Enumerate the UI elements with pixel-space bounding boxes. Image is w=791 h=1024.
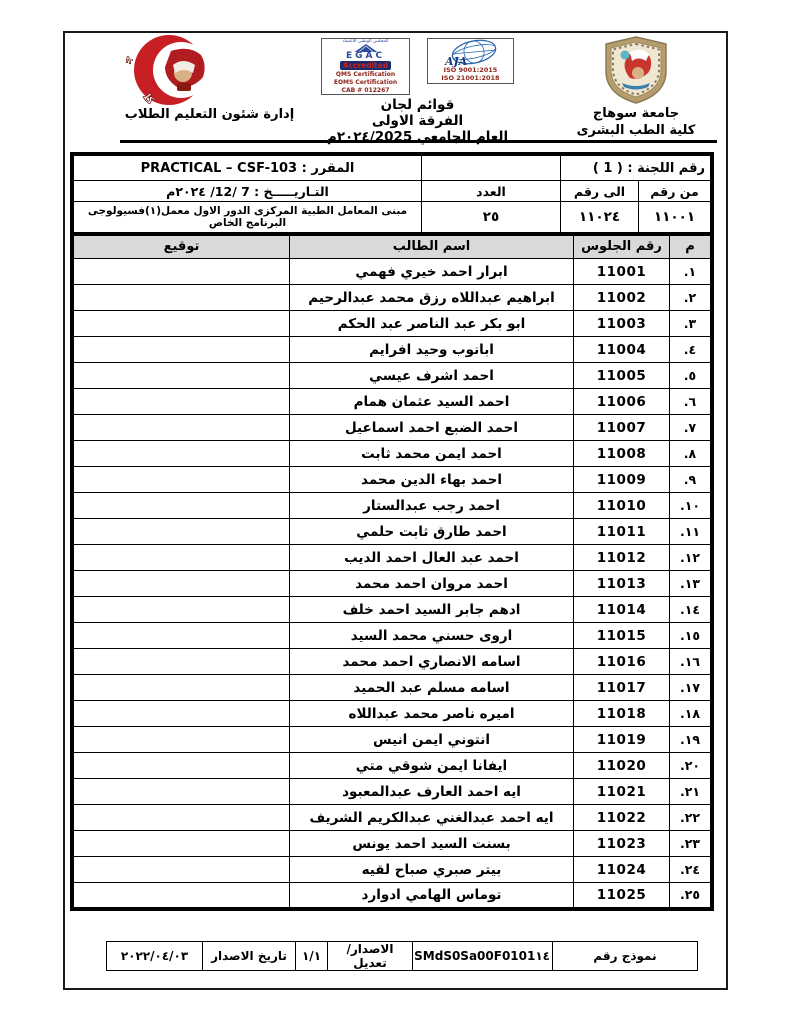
table-row: .٨ 11008 احمد ايمن محمد ثابت <box>73 441 712 467</box>
row-signature-cell <box>73 285 290 311</box>
row-signature-cell <box>73 441 290 467</box>
row-seat-number: 11025 <box>574 883 670 909</box>
to-number-header: الى رقم <box>561 181 639 202</box>
row-student-name: احمد بهاء الدين محمد <box>290 467 574 493</box>
from-number-value: ١١٠٠١ <box>639 202 712 233</box>
egac-accreditation-logo: المجلس الوطني للاعتماد EGAC Accredited Q… <box>321 38 410 95</box>
committee-table-block: رقم اللجنة : ( 1 ) المقرر : PRACTICAL – … <box>70 152 714 911</box>
crescent-icon: جامعة سوهاج كلية الطب <box>113 31 239 109</box>
students-table-header-row: م رقم الجلوس اسم الطالب توقيع <box>73 235 712 259</box>
row-serial: .١٥ <box>670 623 712 649</box>
row-seat-number: 11021 <box>574 779 670 805</box>
row-signature-cell <box>73 883 290 909</box>
row-signature-cell <box>73 831 290 857</box>
svg-text:جامعة سوهاج: جامعة سوهاج <box>113 31 134 65</box>
row-signature-cell <box>73 649 290 675</box>
row-serial: .١٦ <box>670 649 712 675</box>
row-serial: .١٤ <box>670 597 712 623</box>
table-row: .٥ 11005 احمد اشرف عيسي <box>73 363 712 389</box>
form-number-value: SMdS0Sa00F0101١٤ <box>413 942 553 971</box>
committee-number-label: رقم اللجنة : ( 1 ) <box>561 155 712 181</box>
row-signature-cell <box>73 675 290 701</box>
row-serial: .١٠ <box>670 493 712 519</box>
table-row: .٩ 11009 احمد بهاء الدين محمد <box>73 467 712 493</box>
table-row: .٢ 11002 ابراهيم عبداللاه رزق محمد عبدال… <box>73 285 712 311</box>
aja-iso-line-2: ISO 21001:2018 <box>441 75 499 83</box>
egac-accredited-badge: Accredited <box>340 61 391 70</box>
row-seat-number: 11015 <box>574 623 670 649</box>
row-student-name: ادهم جابر السيد احمد خلف <box>290 597 574 623</box>
row-seat-number: 11010 <box>574 493 670 519</box>
table-row: .١١ 11011 احمد طارق ثابت حلمي <box>73 519 712 545</box>
table-row: .٤ 11004 ابانوب وحيد افرايم <box>73 337 712 363</box>
table-row: .٢٤ 11024 بيتر صبري صباح لقيه <box>73 857 712 883</box>
row-seat-number: 11002 <box>574 285 670 311</box>
row-seat-number: 11011 <box>574 519 670 545</box>
document-header: جامعة سوهاج كلية الطب إدارة شئون التعليم… <box>65 33 726 143</box>
university-block: جامعة سوهاج كلية الطب البشرى <box>570 35 702 140</box>
row-signature-cell <box>73 467 290 493</box>
row-student-name: اسامه الانصاري احمد محمد <box>290 649 574 675</box>
row-serial: .٢١ <box>670 779 712 805</box>
row-signature-cell <box>73 597 290 623</box>
row-signature-cell <box>73 623 290 649</box>
row-signature-cell <box>73 857 290 883</box>
row-signature-cell <box>73 805 290 831</box>
row-signature-cell <box>73 311 290 337</box>
row-seat-number: 11024 <box>574 857 670 883</box>
row-seat-number: 11003 <box>574 311 670 337</box>
count-header: العدد <box>422 181 561 202</box>
header-divider-rule <box>120 140 717 143</box>
issue-date-label: تاريخ الاصدار <box>203 942 296 971</box>
table-row: .١ 11001 ابرار احمد خيري فهمي <box>73 259 712 285</box>
row-student-name: احمد ايمن محمد ثابت <box>290 441 574 467</box>
row-seat-number: 11017 <box>574 675 670 701</box>
course-label: المقرر : PRACTICAL – CSF-103 <box>73 155 422 181</box>
row-seat-number: 11023 <box>574 831 670 857</box>
row-student-name: احمد اشرف عيسي <box>290 363 574 389</box>
row-student-name: توماس الهامي ادوارد <box>290 883 574 909</box>
egac-cert-line-2: EOMS Certification <box>334 79 397 86</box>
committee-info-table: رقم اللجنة : ( 1 ) المقرر : PRACTICAL – … <box>71 153 713 234</box>
table-row: .٦ 11006 احمد السيد عثمان همام <box>73 389 712 415</box>
row-student-name: بسنت السيد احمد يونس <box>290 831 574 857</box>
row-signature-cell <box>73 753 290 779</box>
egac-cert-line-1: QMS Certification <box>336 71 395 78</box>
row-seat-number: 11018 <box>574 701 670 727</box>
row-seat-number: 11012 <box>574 545 670 571</box>
issue-date-value: ٢٠٢٢/٠٤/٠٣ <box>107 942 203 971</box>
row-student-name: اروى حسني محمد السيد <box>290 623 574 649</box>
issue-edit-value: ١/١ <box>296 942 328 971</box>
row-serial: .٦ <box>670 389 712 415</box>
table-row: .١٨ 11018 اميره ناصر محمد عبداللاه <box>73 701 712 727</box>
row-student-name: ابانوب وحيد افرايم <box>290 337 574 363</box>
row-signature-cell <box>73 389 290 415</box>
exam-date-label: التـاريـــــخ : 7 /12/ ٢٠٢٤م <box>73 181 422 202</box>
table-row: .١٠ 11010 احمد رجب عبدالستار <box>73 493 712 519</box>
row-serial: .٤ <box>670 337 712 363</box>
row-seat-number: 11020 <box>574 753 670 779</box>
document-title-line1: قوائم لجان <box>315 98 520 114</box>
row-serial: .٣ <box>670 311 712 337</box>
table-row: .٢٠ 11020 ايفانا ايمن شوقي متي <box>73 753 712 779</box>
academic-year-line: العام الجامعي ٢٠٢٤/2025م <box>315 130 520 146</box>
to-number-value: ١١٠٢٤ <box>561 202 639 233</box>
table-row: .٢٣ 11023 بسنت السيد احمد يونس <box>73 831 712 857</box>
table-row: .١٤ 11014 ادهم جابر السيد احمد خلف <box>73 597 712 623</box>
row-serial: .١٨ <box>670 701 712 727</box>
row-seat-number: 11007 <box>574 415 670 441</box>
table-row: .١٢ 11012 احمد عبد العال احمد الديب <box>73 545 712 571</box>
exam-location: مبنى المعامل الطبية المركزى الدور الاول … <box>73 202 422 233</box>
table-row: .٧ 11007 احمد الضبع احمد اسماعيل <box>73 415 712 441</box>
row-seat-number: 11022 <box>574 805 670 831</box>
document-title-line2: الفرقة الاولى <box>315 114 520 130</box>
row-student-name: احمد الضبع احمد اسماعيل <box>290 415 574 441</box>
egac-cab-number: CAB # 012267 <box>342 87 390 94</box>
row-signature-cell <box>73 519 290 545</box>
row-signature-cell <box>73 779 290 805</box>
row-signature-cell <box>73 727 290 753</box>
row-signature-cell <box>73 363 290 389</box>
department-label: إدارة شئون التعليم الطلاب <box>117 107 302 122</box>
row-signature-cell <box>73 545 290 571</box>
row-student-name: اسامه مسلم عبد الحميد <box>290 675 574 701</box>
form-number-label: نموذج رقم <box>553 942 698 971</box>
row-signature-cell <box>73 571 290 597</box>
row-student-name: احمد عبد العال احمد الديب <box>290 545 574 571</box>
table-row: .١٥ 11015 اروى حسني محمد السيد <box>73 623 712 649</box>
table-row: .١٧ 11017 اسامه مسلم عبد الحميد <box>73 675 712 701</box>
row-seat-number: 11014 <box>574 597 670 623</box>
row-signature-cell <box>73 415 290 441</box>
row-student-name: اميره ناصر محمد عبداللاه <box>290 701 574 727</box>
row-serial: .٩ <box>670 467 712 493</box>
students-table: م رقم الجلوس اسم الطالب توقيع .١ 11001 ا… <box>71 234 713 911</box>
sohag-university-shield-icon <box>598 35 674 105</box>
row-student-name: ايفانا ايمن شوقي متي <box>290 753 574 779</box>
issue-edit-label: الاصدار/تعديل <box>328 942 413 971</box>
row-student-name: احمد طارق ثابت حلمي <box>290 519 574 545</box>
row-seat-number: 11013 <box>574 571 670 597</box>
row-serial: .١١ <box>670 519 712 545</box>
row-seat-number: 11016 <box>574 649 670 675</box>
row-serial: .٢٢ <box>670 805 712 831</box>
row-student-name: ابو بكر عبد الناصر عبد الحكم <box>290 311 574 337</box>
student-rows: .١ 11001 ابرار احمد خيري فهمي .٢ 11002 ا… <box>73 259 712 909</box>
row-seat-number: 11005 <box>574 363 670 389</box>
row-seat-number: 11001 <box>574 259 670 285</box>
serial-column-header: م <box>670 235 712 259</box>
row-serial: .١٣ <box>670 571 712 597</box>
document-page: جامعة سوهاج كلية الطب إدارة شئون التعليم… <box>0 0 791 1024</box>
row-student-name: انتوني ايمن انيس <box>290 727 574 753</box>
certification-logos: المجلس الوطني للاعتماد EGAC Accredited Q… <box>315 38 520 95</box>
page-border-frame: جامعة سوهاج كلية الطب إدارة شئون التعليم… <box>63 31 728 990</box>
row-serial: .١٧ <box>670 675 712 701</box>
row-student-name: ايه احمد العارف عبدالمعبود <box>290 779 574 805</box>
table-row: .٢٥ 11025 توماس الهامي ادوارد <box>73 883 712 909</box>
row-serial: .٢٥ <box>670 883 712 909</box>
row-seat-number: 11019 <box>574 727 670 753</box>
row-seat-number: 11008 <box>574 441 670 467</box>
row-serial: .٢٤ <box>670 857 712 883</box>
row-signature-cell <box>73 337 290 363</box>
row-serial: .١ <box>670 259 712 285</box>
row-serial: .٥ <box>670 363 712 389</box>
row-serial: .١٩ <box>670 727 712 753</box>
table-row: .١٣ 11013 احمد مروان احمد محمد <box>73 571 712 597</box>
from-number-header: من رقم <box>639 181 712 202</box>
row-student-name: ابراهيم عبداللاه رزق محمد عبدالرحيم <box>290 285 574 311</box>
row-serial: .٢٣ <box>670 831 712 857</box>
student-name-column-header: اسم الطالب <box>290 235 574 259</box>
row-student-name: احمد رجب عبدالستار <box>290 493 574 519</box>
row-seat-number: 11006 <box>574 389 670 415</box>
row-signature-cell <box>73 701 290 727</box>
table-row: .٣ 11003 ابو بكر عبد الناصر عبد الحكم <box>73 311 712 337</box>
table-row: .٢٢ 11022 ايه احمد عبدالغني عبدالكريم ال… <box>73 805 712 831</box>
header-center-block: المجلس الوطني للاعتماد EGAC Accredited Q… <box>315 38 520 146</box>
row-serial: .٧ <box>670 415 712 441</box>
row-seat-number: 11009 <box>574 467 670 493</box>
faculty-name: كلية الطب البشرى <box>570 123 702 140</box>
row-serial: .٢٠ <box>670 753 712 779</box>
egac-name: EGAC <box>346 52 385 61</box>
seat-number-column-header: رقم الجلوس <box>574 235 670 259</box>
row-student-name: ايه احمد عبدالغني عبدالكريم الشريف <box>290 805 574 831</box>
row-serial: .٨ <box>670 441 712 467</box>
row-serial: .١٢ <box>670 545 712 571</box>
form-footer-table: نموذج رقم SMdS0Sa00F0101١٤ الاصدار/تعديل… <box>106 941 698 971</box>
count-value: ٢٥ <box>422 202 561 233</box>
faculty-of-medicine-crescent-logo: جامعة سوهاج كلية الطب <box>113 31 239 109</box>
signature-column-header: توقيع <box>73 235 290 259</box>
aja-registrars-globe-logo: AJA ISO 9001:2015 ISO 21001:2018 <box>427 38 514 84</box>
row-student-name: احمد مروان احمد محمد <box>290 571 574 597</box>
table-row: .٢١ 11021 ايه احمد العارف عبدالمعبود <box>73 779 712 805</box>
row-seat-number: 11004 <box>574 337 670 363</box>
row-signature-cell <box>73 259 290 285</box>
table-row: .١٩ 11019 انتوني ايمن انيس <box>73 727 712 753</box>
row-student-name: بيتر صبري صباح لقيه <box>290 857 574 883</box>
form-footer: نموذج رقم SMdS0Sa00F0101١٤ الاصدار/تعديل… <box>106 941 698 971</box>
table-row: .١٦ 11016 اسامه الانصاري احمد محمد <box>73 649 712 675</box>
aja-globe-icon: AJA <box>442 39 500 67</box>
row-serial: .٢ <box>670 285 712 311</box>
row-signature-cell <box>73 493 290 519</box>
university-name: جامعة سوهاج <box>570 106 702 123</box>
row-student-name: احمد السيد عثمان همام <box>290 389 574 415</box>
row-student-name: ابرار احمد خيري فهمي <box>290 259 574 285</box>
info-empty-cell <box>422 155 561 181</box>
